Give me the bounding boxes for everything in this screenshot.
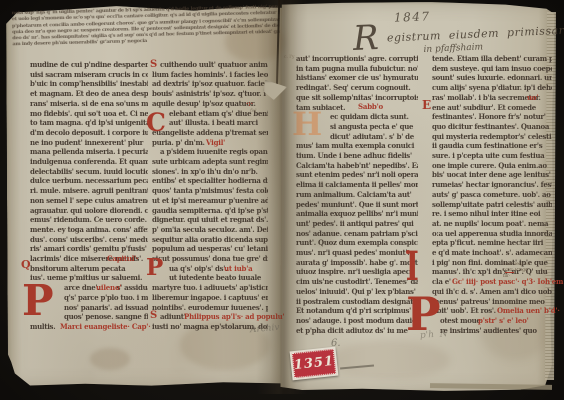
text-line: bis' uocat inter dene age lenitus' <box>432 170 552 180</box>
rubric-red-small: uo' <box>527 93 538 103</box>
text-line: re insirims' audientes' quo <box>432 326 552 336</box>
text-line: non semel l' sepe cuius amatrendunt <box>30 196 148 206</box>
text-line: aurata g' impossib'. habe g'. mortuoz <box>296 258 418 268</box>
margin-note-red-mark <box>505 272 514 273</box>
text-line: euangeliste addena p'tremat sem <box>152 128 268 138</box>
text-line: cim uis'ne custodirt'. Tenemes' da <box>296 277 418 287</box>
text-line: elima ii calciamenta ii pelles' mortua <box>296 180 418 190</box>
text-line: ris' amari cordis' gemitu p'fusis' <box>30 244 148 254</box>
text-line: nos' adanue. cenam patriam p'scise <box>296 229 418 239</box>
text-line: mo fidebis'. qui so't uoa et. Ci ne p'se… <box>30 109 148 119</box>
text-line: qui ih'c d. s'. Amen am'i dico uob' nisi <box>432 287 552 297</box>
initial-H-faded: H <box>292 108 322 140</box>
initial-S-low: S <box>150 311 157 321</box>
text-line: runt'. Quoz dum exempla conspici <box>296 238 418 248</box>
text-line: ri. mule. misere. agruii penitrant. <box>30 186 148 196</box>
text-line: ut et ip'si mereamur p'uenire ad <box>152 196 268 206</box>
text-line: bouis' asinistris' ip'soz. q'tuor. i fac… <box>152 89 268 99</box>
text-line: sicut possumus' dona tue gre' diseq' <box>152 254 268 264</box>
text-line: uiuoz inspire. nr'i uesligia apec <box>296 267 418 277</box>
text-line: bnsitorum alterum pecata <box>30 264 148 274</box>
text-line: rum animalium. Calciam'ta aut' <box>296 190 418 200</box>
text-line: et p'pha dicit adiutoz ds' iu me' <box>296 326 418 336</box>
text-line: dulce uerbum. necessarium pecato <box>30 176 148 186</box>
text-line: animalia exquoz pellibs' nr'i muni <box>296 209 418 219</box>
rubric-ut-iuba: ut iub'a <box>224 264 252 274</box>
text-line: uelos' iniuuid'. Qui p' lex p'bians' <box>296 287 418 297</box>
text-line: pedes' muniunt'. Que ii sunt mortua <box>296 200 418 210</box>
text-line: Et notandum q'd p'ri scripimus' re <box>296 306 418 316</box>
text-line: populum ad uesperas' cu' letania <box>152 244 268 254</box>
rubric-parce: uileno' <box>96 283 121 293</box>
initial-Q: Q <box>21 259 31 270</box>
initial-C-large: C <box>146 110 166 135</box>
text-line: agrauatur. qui uolore diorendi. cu la <box>30 206 148 216</box>
text-line: cuithendo uult' quatuor anima <box>152 60 268 70</box>
text-line: menus' patreus' innomine meo <box>432 297 552 307</box>
text-line: nointibs'. eurodemur iuuenes'. p'. <box>152 303 268 313</box>
stamp-number: 1351 <box>293 354 335 373</box>
rubric-feria: Gc' iiij· post pasc'· q'3· Ioh'em <box>452 277 563 287</box>
text-line: indulgenua conferenda. Et quam <box>30 157 148 167</box>
text-line: histians' exomer cie us' hymuratu' <box>296 73 418 83</box>
text-line: tium. Unde i bene adhuc fidelis' <box>296 151 418 161</box>
stamp-red-panel: 1351 <box>292 349 336 378</box>
text-line: dignetur. qui uiuit et regnat ds'. <box>152 215 268 225</box>
text-line: d'm decolo deposuit. i corpore iudicu <box>30 128 148 138</box>
text-line: entibs' et specialiter hodierna die <box>152 176 268 186</box>
text-line: unt' pedes'. ii antiqui patres' qui <box>296 219 418 229</box>
text-line: quo dicitur festinantes'. Quanoa <box>432 122 552 132</box>
rubric-explicit: Marci euangeliste· Cap'· <box>60 322 150 332</box>
text-line: Calciam'ta habeb'nt' nepedibs'. Ea <box>296 161 418 171</box>
text-line: b'uic in comp'hensibilis' inestabilis' <box>30 79 148 89</box>
text-line: in tam pugna mulla fubuictur. no' <box>296 64 418 74</box>
text-line: dem susteye. qui iam insuo coepe <box>432 64 552 74</box>
text-line: festinantes'. Honore fr's' notur' <box>432 112 552 122</box>
text-line: epta p'ficut. nemine hectar iiri <box>432 238 552 248</box>
text-line: dus'. cons' uisceribs'. cens' medulis <box>30 235 148 245</box>
text-line: p' om'ia secula seculoz. am'. Deinde <box>152 225 268 235</box>
rubric-vigil: Vigil' <box>206 138 225 148</box>
text-line: qui mysteria redemptor's' celesti <box>432 132 552 142</box>
text-line: sute urbicam adepta sunt regimi <box>152 157 268 167</box>
text-line: rans' miseria. si de ena so'uns mia cla <box>30 99 148 109</box>
text-line: mana pellenda miseria. i pecuria. <box>30 147 148 157</box>
initial-P-medium: P <box>146 256 163 279</box>
text-line: delectabilis' secum. iuuid locutio <box>30 167 148 177</box>
ink-folio-number: 1847 <box>394 9 431 24</box>
text-line: mudine de cui p'ndine desparten' <box>30 60 148 70</box>
rubric-capitulum: Capitul'· <box>107 254 138 264</box>
margin-scribble: c. l'y <box>284 55 295 60</box>
text-line: lium facies hominis'. i facies leouis' <box>152 70 268 80</box>
text-line: ii gaudia cum festinatione er's <box>432 141 552 151</box>
text-line: a p'sidem iuuenite regis opan <box>152 147 268 157</box>
red-paragraph-mark <box>406 250 410 254</box>
text-line: re. i semo nihul inter itine eoi <box>432 209 552 219</box>
text-line: aut' incorruptionis' agre. corruptio <box>296 54 418 64</box>
text-line: sequitur alia oratio dicenda sup' <box>152 235 268 245</box>
text-line: ut iutedente beato iuuale <box>152 273 268 283</box>
text-line: sollemp'uitate patri celestis' auibe <box>432 200 552 210</box>
text-line: que sit sollemp'nitas' incorruptois' <box>296 93 418 103</box>
text-line: auts' g' pasca cometure. uob'. ao <box>432 190 552 200</box>
pencil-note-right: p'h N <box>420 329 448 341</box>
rubric-omelia: Omelia uen' b'd'· <box>497 306 560 316</box>
initial-E-small: E <box>422 99 431 111</box>
text-line: aut' illusta. i beati marci <box>152 118 268 128</box>
text-line: ad dextris' ip'soz quatuor. facies aut' <box>152 79 268 89</box>
text-line: uisi sacram miseram crucis in corpum <box>30 70 148 80</box>
text-line: mente. ey toga anima. cons' afferb' <box>30 225 148 235</box>
text-line: sure. i p'cepta uite cum festiua <box>432 151 552 161</box>
shelfmark-stamp: 1351 <box>290 347 339 381</box>
rubric-sabbato: Sabb'o <box>358 102 383 112</box>
text-line: o:a uel apperenua studia innordar <box>432 229 552 239</box>
text-line: sunt etenim pedes' nr'i noli opera <box>296 170 418 180</box>
text-line: redingat'. Seq' cerum cognouit. <box>296 83 418 93</box>
text-line: at. ne nupils' locum poat'. nema <box>432 219 552 229</box>
right-page-column-1: aut' incorruptionis' agre. corruptioin t… <box>296 54 418 335</box>
text-line: mus'. nr'i quasi pedes' moniut'. <box>296 248 418 258</box>
text-line: gaudia sempiterna. q'd ip'se p'stare <box>152 206 268 216</box>
text-line: martyre tuo. i adiuuets' ap'isticnth <box>152 283 268 293</box>
text-line: liberemur ingapoe. i captuus' eripia <box>152 293 268 303</box>
text-line: one imple curere. Quia enim.ao <box>432 161 552 171</box>
initial-S-top: S <box>150 60 157 70</box>
top-marginalia-block: nota sup' hijs q' in uigilia pentec' agu… <box>12 4 281 48</box>
initial-P-large-left: P <box>22 280 54 322</box>
text-line: siones'. in xp'o ih'u dn'o nr'b. <box>152 167 268 177</box>
rubric-philippus: Philippus ap'l's· ad populu' <box>184 312 284 322</box>
text-line: tende. Etiam illa debent' curam p'do <box>432 54 552 64</box>
text-line: nos' adauge. i post modum dauid's <box>296 316 418 326</box>
text-line: quos' tanta p'misimus' festa colemus' <box>152 186 268 196</box>
manuscript-photo: { "inscriptions": { "folio_number_ink": … <box>0 0 564 400</box>
text-line: ene aut' subdiur'. Et comede <box>432 103 552 113</box>
gutter-scribble: fol <box>250 108 257 115</box>
text-line: ii postralem custodiam designat'. <box>296 297 418 307</box>
rubric-leone: p'str' s' e' leo' <box>478 316 529 326</box>
text-line: cum alijs' syena p'diatur. ip'i dehoc <box>432 83 552 93</box>
text-line: rumeias' hectar ignorancius'. festi <box>432 180 552 190</box>
text-line: emus' ridendum. Ce uero corde. perata <box>30 215 148 225</box>
text-line: to tam magna. q'd ip'si unigenitam <box>30 118 148 128</box>
text-line: et magnam. Et deo de anea despe <box>30 89 148 99</box>
text-line: e q'd mate inchoat'. s'. adamecam <box>432 248 552 258</box>
text-line: ne ino pudent' innexerent' plur <box>30 138 148 148</box>
text-line: sount' suies luxurie. edonnari. ur' <box>432 73 552 83</box>
